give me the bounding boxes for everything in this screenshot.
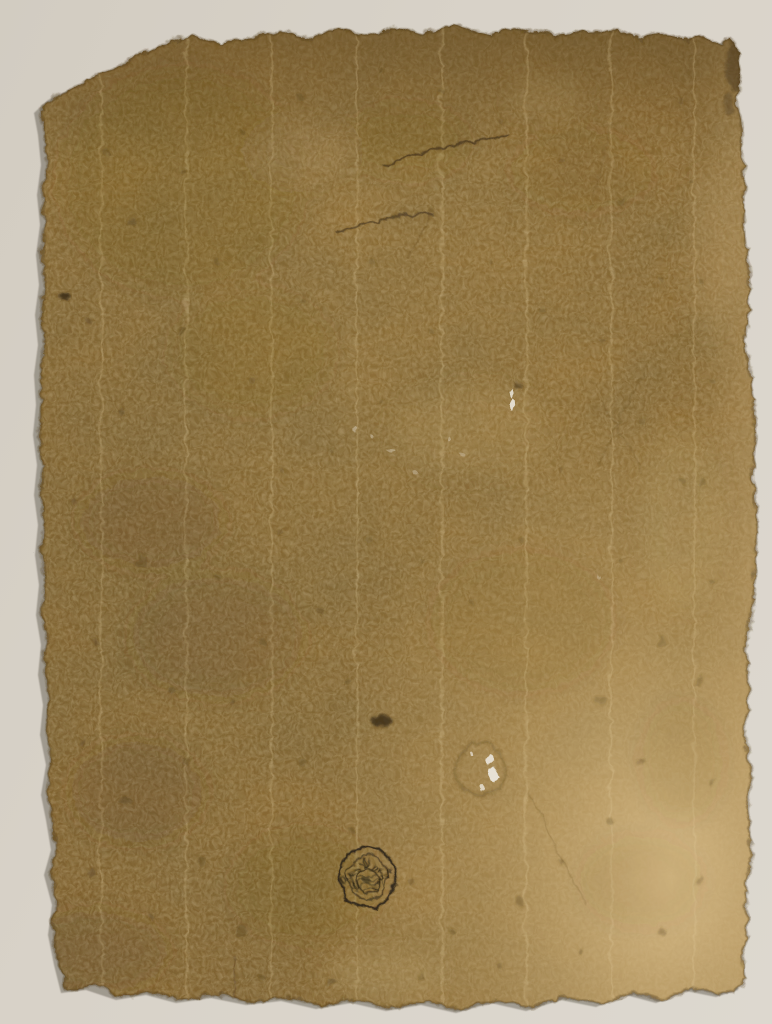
- parchment-svg: ECOLES DE REIMS: [0, 0, 772, 1024]
- scan-background: ECOLES DE REIMS: [0, 0, 772, 1024]
- parchment-sheet: ECOLES DE REIMS: [25, 15, 765, 1017]
